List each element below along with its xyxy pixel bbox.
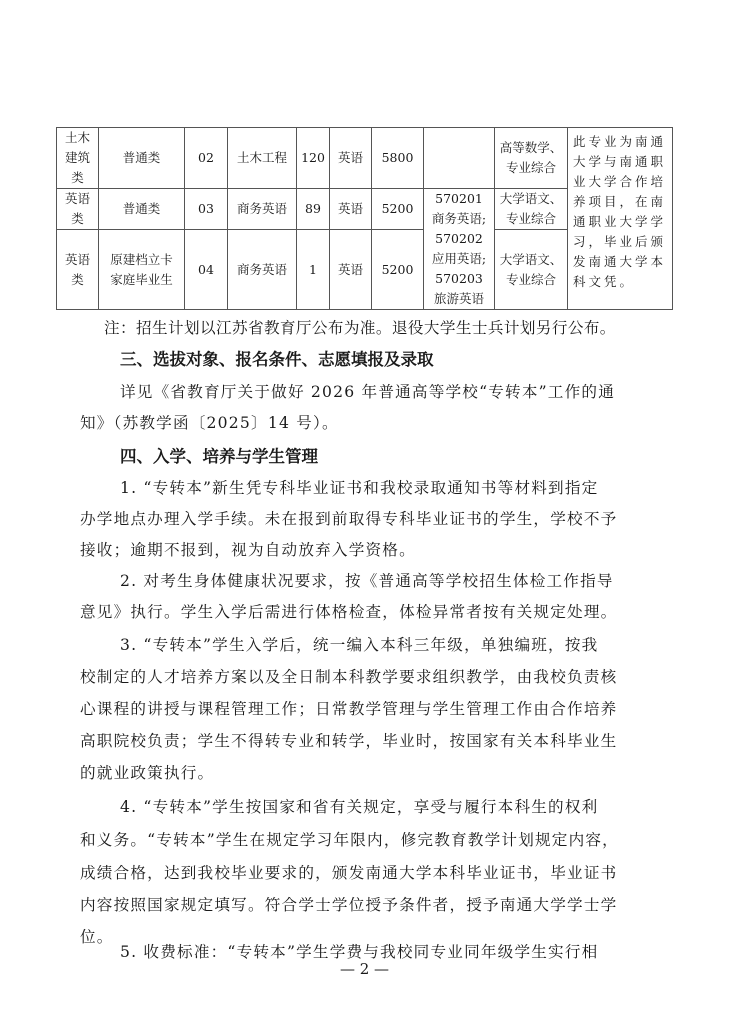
item-3-text: 的就业政策执行。	[80, 761, 214, 783]
exam-subjects-cell: 大学语文、 专业综合	[495, 230, 568, 310]
item-2-text: 意见》执行。学生入学后需进行体格检查，体检异常者按有关规定处理。	[80, 600, 617, 622]
item-1-text: 接收；逾期不报到，视为自动放弃入学资格。	[80, 538, 416, 560]
transfer-majors-cell: 570201 商务英语; 570202 应用英语; 570203 旅游英语	[424, 189, 495, 310]
item-4-text: 内容按照国家规定填写。符合学士学位授予条件者，授予南通大学学士学	[80, 893, 617, 915]
transfer-majors-cell	[424, 128, 495, 189]
exam-subjects-cell: 大学语文、 专业综合	[495, 189, 568, 230]
section-3-text: 知》（苏教学函〔2025〕14 号）。	[80, 411, 339, 433]
quota-cell: 120	[297, 128, 330, 189]
category-cell: 土木 建筑 类	[57, 128, 99, 189]
section-4-heading: 四、入学、培养与学生管理	[120, 443, 318, 467]
fee-cell: 5200	[372, 189, 424, 230]
item-4-text: 和义务。“专转本”学生在规定学习年限内，修完教育教学计划规定内容，	[80, 828, 619, 850]
quota-cell: 1	[297, 230, 330, 310]
item-3-text: 校制定的人才培养方案以及全日制本科教学要求组织教学，由我校负责核	[80, 665, 617, 687]
fee-cell: 5200	[372, 230, 424, 310]
code-cell: 02	[185, 128, 228, 189]
document-page: 土木 建筑 类 普通类 02 土木工程 120 英语 5800 高等数学、 专业…	[0, 0, 729, 1034]
item-1-text: 办学地点办理入学手续。未在报到前取得专科毕业证书的学生，学校不予	[80, 507, 617, 529]
fee-cell: 5800	[372, 128, 424, 189]
remark-cell: 此专业为南通大学与南通职业大学合作培养项目，在南通职业大学学习，毕业后颁发南通大…	[568, 128, 673, 310]
category-cell: 英语 类	[57, 189, 99, 230]
type-cell: 普通类	[99, 128, 185, 189]
table-note: 注：招生计划以江苏省教育厅公布为准。退役大学生士兵计划另行公布。	[104, 316, 616, 338]
language-cell: 英语	[330, 230, 372, 310]
item-5-text: 5. 收费标准：“专转本”学生学费与我校同专业同年级学生实行相	[120, 940, 598, 962]
item-3-text: 高职院校负责；学生不得转专业和转学，毕业时，按国家有关本科毕业生	[80, 729, 617, 751]
enrollment-plan-table: 土木 建筑 类 普通类 02 土木工程 120 英语 5800 高等数学、 专业…	[56, 127, 673, 310]
major-cell: 土木工程	[228, 128, 297, 189]
language-cell: 英语	[330, 189, 372, 230]
section-3-heading: 三、选拔对象、报名条件、志愿填报及录取	[120, 346, 434, 370]
quota-cell: 89	[297, 189, 330, 230]
table-row: 土木 建筑 类 普通类 02 土木工程 120 英语 5800 高等数学、 专业…	[57, 128, 673, 189]
type-cell: 普通类	[99, 189, 185, 230]
exam-subjects-cell: 高等数学、 专业综合	[495, 128, 568, 189]
language-cell: 英语	[330, 128, 372, 189]
category-cell: 英语 类	[57, 230, 99, 310]
item-3-text: 3. “专转本”学生入学后，统一编入本科三年级，单独编班，按我	[120, 633, 598, 655]
page-number: — 2 —	[0, 960, 729, 978]
item-3-text: 心课程的讲授与课程管理工作；日常教学管理与学生管理工作由合作培养	[80, 697, 617, 719]
item-4-text: 4. “专转本”学生按国家和省有关规定，享受与履行本科生的权利	[120, 795, 598, 817]
item-2-text: 2. 对考生身体健康状况要求，按《普通高等学校招生体检工作指导	[120, 569, 614, 591]
code-cell: 03	[185, 189, 228, 230]
code-cell: 04	[185, 230, 228, 310]
item-4-text: 成绩合格，达到我校毕业要求的，颁发南通大学本科毕业证书，毕业证书	[80, 861, 617, 883]
type-cell: 原建档立卡 家庭毕业生	[99, 230, 185, 310]
major-cell: 商务英语	[228, 189, 297, 230]
item-4-text: 位。	[80, 925, 114, 947]
item-1-text: 1. “专转本”新生凭专科毕业证书和我校录取通知书等材料到指定	[120, 476, 598, 498]
section-3-text: 详见《省教育厅关于做好 2026 年普通高等学校“专转本”工作的通	[120, 380, 615, 402]
major-cell: 商务英语	[228, 230, 297, 310]
